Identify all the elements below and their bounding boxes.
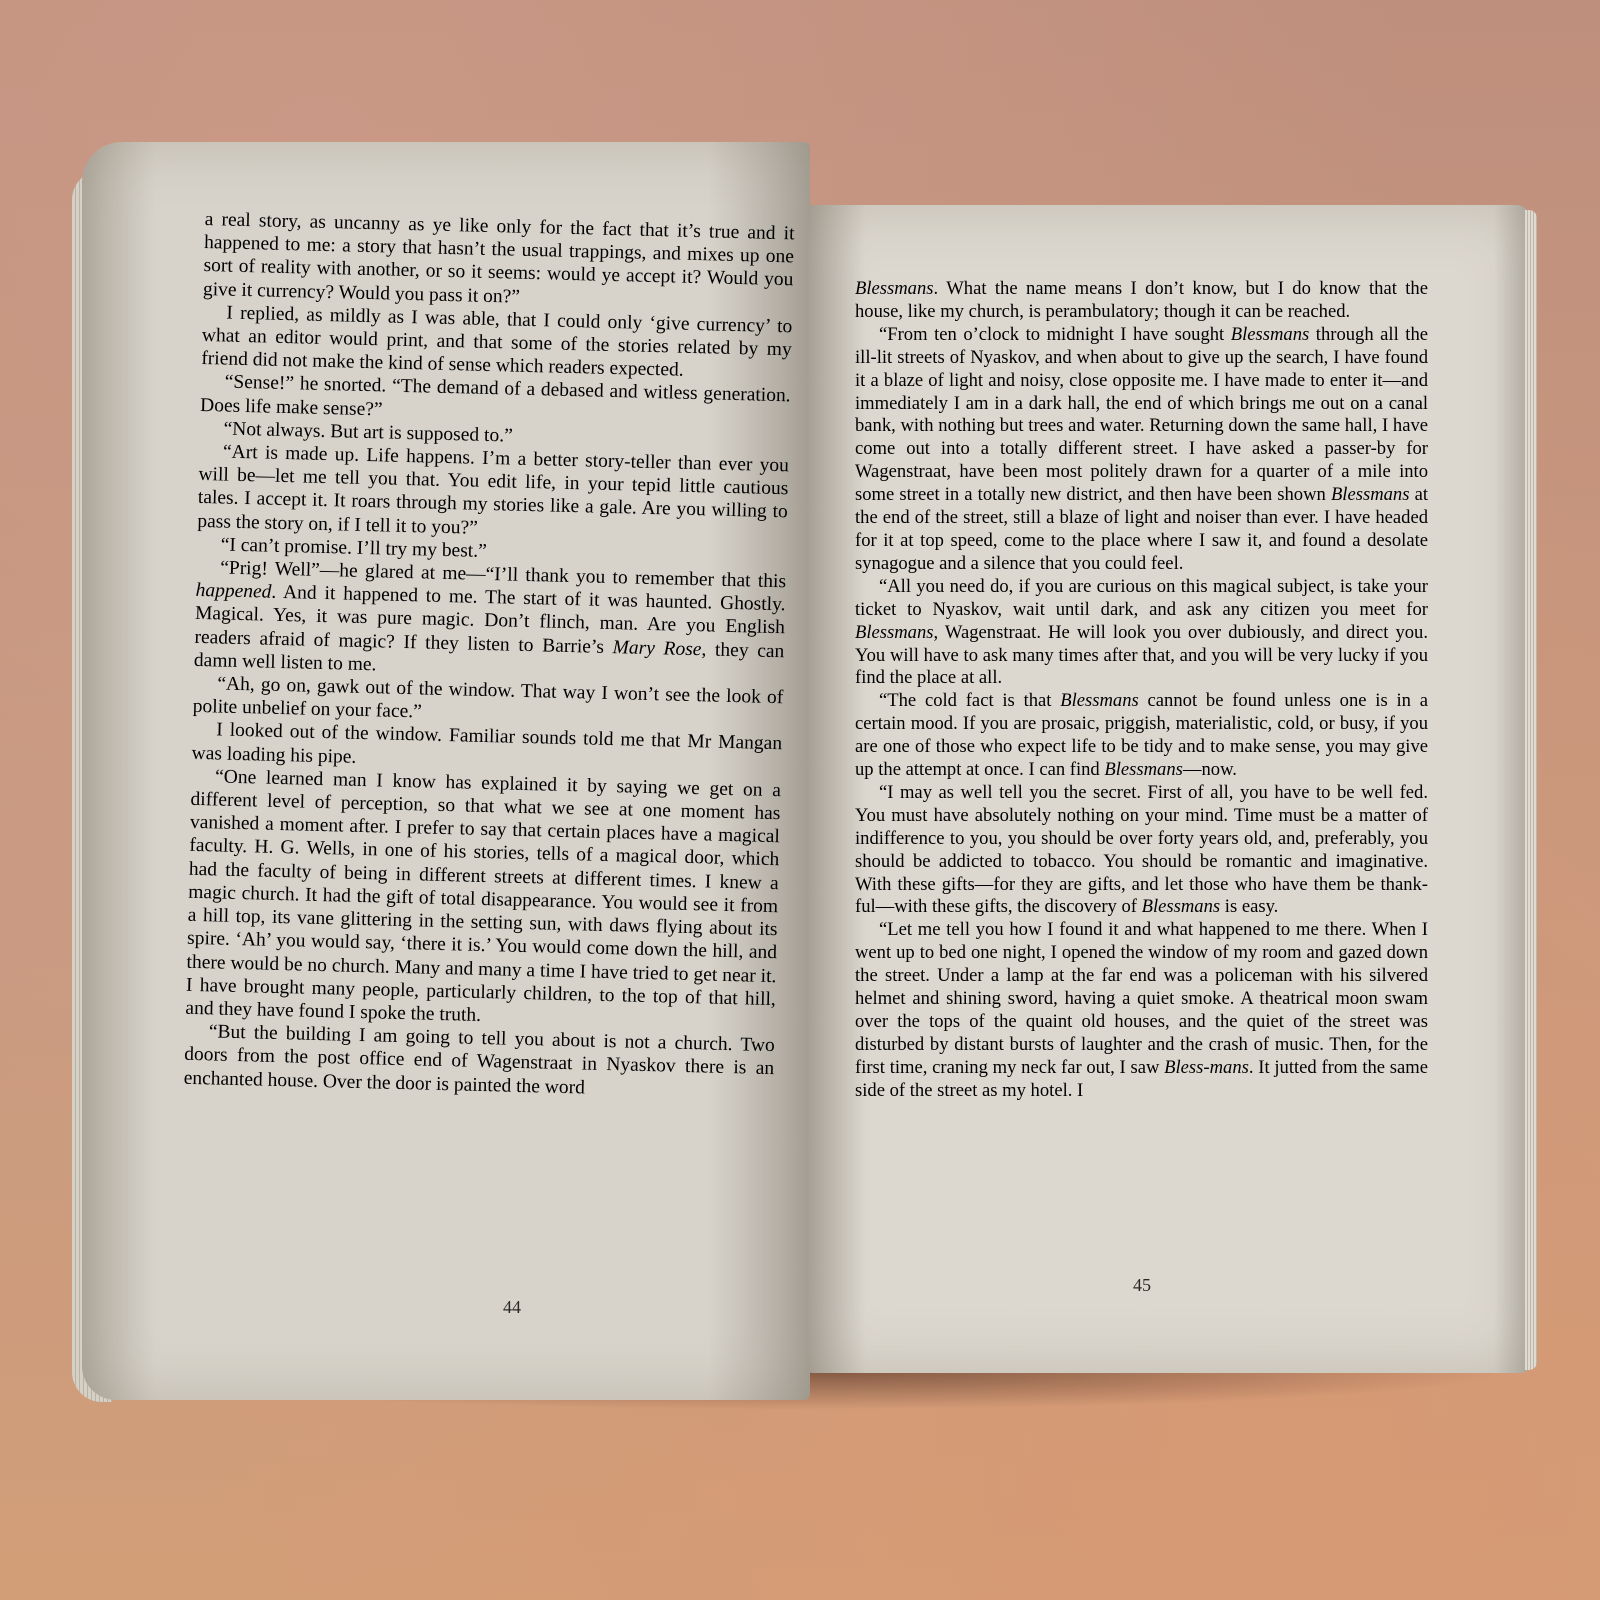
paragraph: “I may as well tell you the secret. Firs… <box>855 782 1428 919</box>
paragraph: “Art is made up. Life happens. I’m a bet… <box>197 440 789 547</box>
right-page-edges <box>1525 210 1537 1370</box>
right-page-text: Blessmans. What the name means I don’t k… <box>855 278 1428 1103</box>
page-number-left: 44 <box>503 1297 521 1318</box>
paragraph: “Let me tell you how I found it and what… <box>855 919 1428 1102</box>
paragraph: “But the building I am going to tell you… <box>183 1020 775 1104</box>
paragraph: “The cold fact is that Blessmans cannot … <box>855 690 1428 782</box>
paragraph: “From ten o’clock to midnight I have sou… <box>855 324 1428 576</box>
paragraph: a real story, as uncanny as ye like only… <box>203 208 795 315</box>
open-book: a real story, as uncanny as ye like only… <box>0 0 1600 1600</box>
paragraph: “One learned man I know has explained it… <box>185 765 781 1035</box>
paragraph: “All you need do, if you are curious on … <box>855 576 1428 691</box>
left-page-text: a real story, as uncanny as ye like only… <box>183 208 794 1104</box>
page-number-right: 45 <box>1133 1275 1151 1296</box>
paragraph: Blessmans. What the name means I don’t k… <box>855 278 1428 324</box>
paragraph: “Prig! Well”—he glared at me—“I’ll thank… <box>194 556 787 686</box>
